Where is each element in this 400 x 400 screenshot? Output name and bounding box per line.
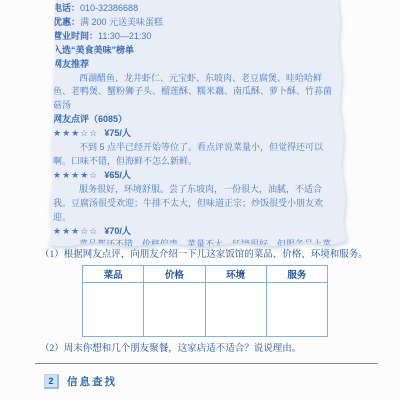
review-2-text: 服务很好，环境舒服。尝了东坡肉，一份很大，油腻，不适合我。豆腐汤很受欢迎；牛排不…	[53, 183, 339, 225]
recommend-heading: 网友推荐	[53, 58, 339, 72]
blank-cell-service	[266, 283, 327, 337]
promo-label: 优惠：	[53, 17, 80, 27]
promo-value: 满 200 元送美味蛋糕	[80, 17, 163, 27]
star-rating-icon: ★★★★☆	[53, 170, 98, 180]
review-1-text: 不到 5 点半已经开始等位了。看点评说菜量小，但觉得还可以啊。口味不错，但海鲜不…	[53, 141, 339, 169]
question-2: （2）周末你想和几个朋友聚餐，这家店适不适合？说说理由。	[40, 343, 378, 355]
hours-value: 11:30—21:30	[98, 31, 151, 41]
answer-table-header-row: 菜品 价格 环境 服务	[83, 266, 328, 283]
star-rating-icon: ★★★☆☆	[53, 226, 98, 236]
question-1: （1）根据网友点评，向朋友介绍一下儿这家饭馆的菜品、价格、环境和服务。	[40, 249, 378, 261]
column-header-dishes: 菜品	[83, 266, 144, 283]
reviews-heading: 网友点评（6085）	[53, 113, 339, 127]
star-rating-icon: ★★★☆☆	[53, 128, 98, 138]
section-divider	[35, 363, 378, 364]
recommended-dishes: 西湖醋鱼、龙井虾仁、元宝虾、东坡肉、老豆腐煲、哇哈哈鲜鱼、老鸭煲、蟹粉狮子头、榴…	[53, 72, 339, 114]
restaurant-listing-screenshot: 电话：010-32386688 优惠：满 200 元送美味蛋糕 营业时间：11:…	[46, 0, 348, 248]
hours-label: 营业时间：	[53, 31, 98, 41]
award-line: 入选“美食美味”榜单	[53, 44, 339, 58]
column-header-price: 价格	[144, 266, 205, 283]
review-2-rating: ★★★★☆¥65/人	[53, 169, 339, 183]
phone-label: 电话：	[53, 3, 80, 13]
section-number-badge: 2	[44, 374, 59, 389]
blank-cell-price	[144, 283, 205, 337]
review-1-price: ¥75/人	[104, 128, 131, 138]
hours-line: 营业时间：11:30—21:30	[53, 30, 339, 44]
answer-table: 菜品 价格 环境 服务	[82, 265, 328, 337]
blank-cell-environment	[205, 283, 266, 337]
phone-value: 010-32386688	[80, 3, 138, 13]
column-header-environment: 环境	[205, 266, 266, 283]
review-3-rating: ★★★☆☆¥70/人	[53, 225, 339, 239]
blank-cell-dishes	[83, 283, 144, 337]
section-title: 信息查找	[67, 374, 117, 389]
restaurant-card: 电话：010-32386688 优惠：满 200 元送美味蛋糕 营业时间：11:…	[46, 0, 348, 248]
column-header-service: 服务	[266, 266, 327, 283]
promo-line: 优惠：满 200 元送美味蛋糕	[53, 16, 339, 30]
review-3-price: ¥70/人	[104, 226, 131, 236]
review-1-rating: ★★★☆☆¥75/人	[53, 127, 339, 141]
answer-table-blank-row	[83, 283, 328, 337]
review-2-price: ¥65/人	[104, 170, 131, 180]
section-heading: 2 信息查找	[44, 374, 117, 389]
phone-line: 电话：010-32386688	[53, 2, 339, 16]
